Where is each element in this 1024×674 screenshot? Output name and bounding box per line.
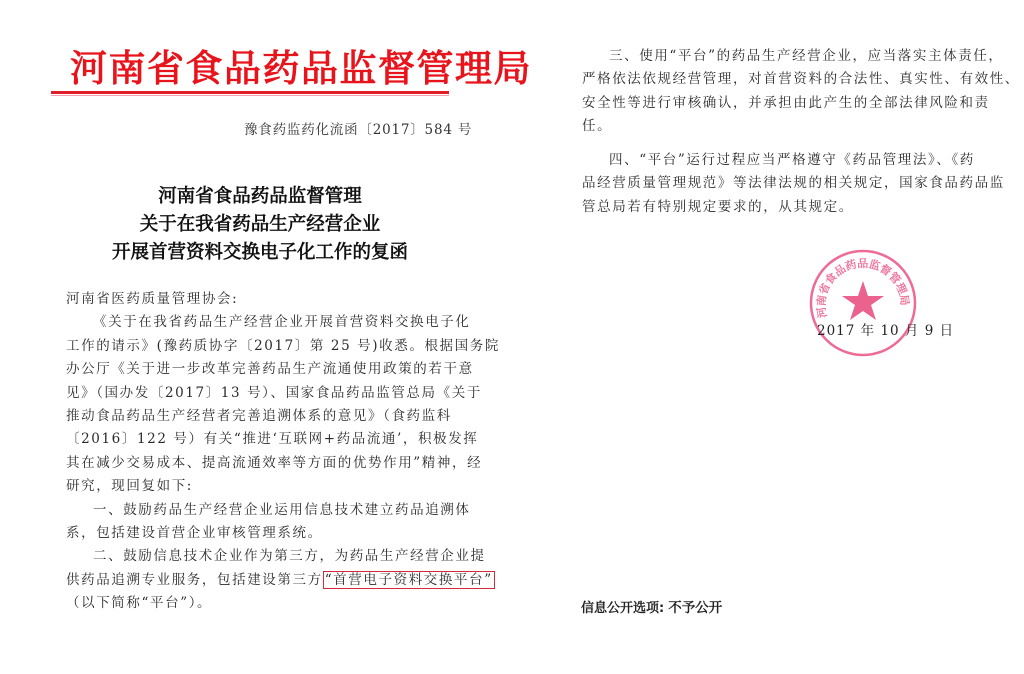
disclosure-option: 信息公开选项:不予公开 xyxy=(581,596,722,616)
item-four-line: 品经营质量管理规范》等法律法规的相关规定，国家食品药品监 xyxy=(582,172,1005,195)
paragraph-line: 见》（国办发〔2017〕13 号）、国家食品药品监管总局《关于 xyxy=(66,382,500,405)
paragraph-line: 研究，现回复如下: xyxy=(66,475,500,498)
item-four-line: 四、“平台”运行过程应当严格遵守《药品管理法》、《药 xyxy=(582,149,1005,172)
masthead-red-line-secondary xyxy=(51,95,449,96)
item-three-line: 安全性等进行审核确认，并承担由此产生的全部法律风险和责 xyxy=(582,92,1020,115)
item-two-line: （以下简称“平台”）。 xyxy=(66,592,500,615)
masthead-red-line xyxy=(51,91,449,94)
item-two-text: 供药品追溯专业服务，包括建设第三方 xyxy=(66,572,323,588)
title-line: 开展首营资料交换电子化工作的复函 xyxy=(0,239,520,267)
paragraph-line: 《关于在我省药品生产经营企业开展首营资料交换电子化 xyxy=(66,311,500,334)
masthead-title: 河南省食品药品监督管理局 xyxy=(70,38,532,92)
paragraph-line: 其在减少交易成本、提高流通效率等方面的优势作用”精神，经 xyxy=(66,452,500,475)
item-three-line: 严格依法依规经营管理，对首营资料的合法性、真实性、有效性、 xyxy=(582,68,1020,91)
paragraph-line: 〔2016〕122 号）有关“推进‘互联网+药品流通’，积极发挥 xyxy=(66,428,500,451)
item-two-line: 二、鼓励信息技术企业作为第三方，为药品生产经营企业提 xyxy=(66,545,500,568)
item-four: 四、“平台”运行过程应当严格遵守《药品管理法》、《药 品经营质量管理规范》等法律… xyxy=(582,149,1005,219)
left-page: 河南省食品药品监督管理局 豫食药监药化流函〔2017〕584 号 河南省食品药品… xyxy=(0,0,520,674)
item-one-line: 一、鼓励药品生产经营企业运用信息技术建立药品追溯体 xyxy=(66,499,500,522)
disclosure-label: 信息公开选项: xyxy=(581,601,664,616)
disclosure-value: 不予公开 xyxy=(668,600,722,616)
title-line: 河南省食品药品监督管理 xyxy=(0,183,520,211)
letter-body: 河南省医药质量管理协会: 《关于在我省药品生产经营企业开展首营资料交换电子化 工… xyxy=(66,288,500,615)
item-one-line: 系，包括建设首营企业审核管理系统。 xyxy=(66,522,500,545)
item-three-line: 三、使用“平台”的药品生产经营企业，应当落实主体责任， xyxy=(582,45,1020,68)
addressee: 河南省医药质量管理协会: xyxy=(66,288,500,311)
item-three-line: 任。 xyxy=(582,115,1020,138)
document-number: 豫食药监药化流函〔2017〕584 号 xyxy=(244,118,472,138)
item-four-line: 管总局若有特别规定要求的，从其规定。 xyxy=(582,196,1005,219)
platform-name-highlight: “首营电子资料交换平台” xyxy=(323,571,495,589)
paragraph-line: 推动食品药品生产经营者完善追溯体系的意见》（食药监科 xyxy=(66,405,500,428)
document-title: 河南省食品药品监督管理 关于在我省药品生产经营企业 开展首营资料交换电子化工作的… xyxy=(0,183,520,267)
signature-date: 2017 年 10 月 9 日 xyxy=(817,319,954,339)
paragraph-line: 办公厅《关于进一步改革完善药品生产流通使用政策的若干意 xyxy=(66,358,500,381)
official-seal-icon: 河南省食品药品监督管理局 xyxy=(808,248,918,358)
item-three: 三、使用“平台”的药品生产经营企业，应当落实主体责任， 严格依法依规经营管理，对… xyxy=(582,45,1020,139)
paragraph-line: 工作的请示》(豫药质协字〔2017〕第 25 号)收悉。根据国务院 xyxy=(66,335,500,358)
item-two-line: 供药品追溯专业服务，包括建设第三方“首营电子资料交换平台” xyxy=(66,569,500,592)
title-line: 关于在我省药品生产经营企业 xyxy=(0,211,520,239)
